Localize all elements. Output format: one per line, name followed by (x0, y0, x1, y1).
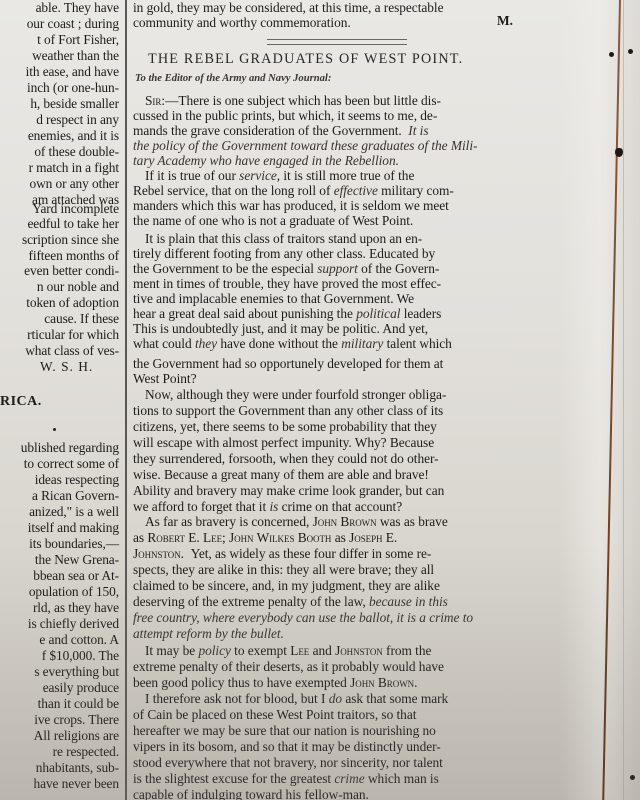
left-column: able. They have our coast ; during t of … (0, 0, 121, 800)
binding-edge (623, 0, 624, 800)
article-line: will escape with almost perfect impunity… (133, 435, 434, 450)
article-line: the Government to be the especial suppor… (133, 261, 439, 276)
article-line: hereafter we may be sure that our nation… (133, 723, 436, 738)
left-line: inch (or one-hun- (27, 80, 119, 95)
left-line: scription since she (22, 232, 119, 247)
left-line: the New Grena- (35, 552, 119, 567)
left-line: fifteen months of (28, 248, 119, 263)
left-line: is chiefly derived (28, 616, 119, 631)
left-line: re respected. (53, 744, 119, 759)
left-line: f $10,000. The (42, 648, 119, 663)
article-line: Ability and bravery may make crime look … (133, 483, 444, 498)
article-title: THE REBEL GRADUATES OF WEST POINT. (148, 51, 463, 68)
left-line: rticular for which (27, 327, 119, 342)
article-line: we afford to forget that it is crime on … (133, 499, 402, 514)
left-line: easily produce (43, 680, 119, 695)
article-line: capable of indulging toward his fellow-m… (133, 787, 369, 800)
left-line: token of adoption (26, 295, 119, 310)
left-line: ublished regarding (21, 440, 119, 455)
stitch-knot (615, 148, 623, 157)
section-heading: RICA. (0, 394, 42, 410)
page-gutter (560, 0, 640, 800)
article-line: ment in times of trouble, they have prov… (133, 276, 441, 291)
article-line: If it is true of our service, it is stil… (145, 168, 414, 183)
article-line: free country, where everybody can use th… (133, 610, 473, 625)
left-line: All religions are (34, 728, 119, 743)
left-line: weather than the (32, 48, 119, 63)
left-line: to correct some of (24, 456, 119, 471)
article-line: the name of one who is not a graduate of… (133, 213, 413, 228)
article-line: This is undoubtedly just, and it may be … (133, 321, 428, 336)
article-line: what could they have done without the mi… (133, 336, 452, 351)
article-line: citizens, yet, there seems to be some pr… (133, 419, 437, 434)
article-line: hear a great deal said about punishing t… (133, 306, 441, 321)
left-line: n our noble and (37, 279, 119, 294)
salutation: Sir (145, 93, 161, 108)
newspaper-page: able. They have our coast ; during t of … (0, 0, 640, 800)
article-line: It may be policy to exempt Lee and Johns… (145, 643, 431, 658)
article-line: manders which this war has produced, it … (133, 198, 449, 213)
article-line: spects, they are alike in this: they all… (133, 562, 434, 577)
ornament-dot (53, 428, 56, 431)
article-line: tirely different footing from any other … (133, 246, 435, 261)
left-line: even better condi- (24, 263, 119, 278)
left-line: what class of ves- (25, 343, 119, 358)
article-line: of Cain be placed on these West Point tr… (133, 707, 416, 722)
left-line: able. They have (36, 0, 119, 15)
article-line: tive and implacable enemies to that Gove… (133, 291, 414, 306)
article-line: attempt reform by the bullet. (133, 626, 284, 641)
letter-signature: W. S. H. (40, 359, 93, 375)
column-rule (125, 0, 127, 800)
section-divider (267, 39, 407, 45)
stitch-hole (609, 52, 614, 57)
stitch-hole (628, 49, 633, 54)
article-line: Sir:—There is one subject which has been… (145, 93, 441, 108)
left-line: h, beside smaller (30, 96, 119, 111)
article-line: cussed in the public prints, but which, … (133, 108, 437, 123)
left-line: a Rican Govern- (32, 488, 119, 503)
article-line: deserving of the extreme penalty of the … (133, 594, 448, 609)
left-line: have never been (34, 776, 120, 791)
article-line: tions to support the Government than any… (133, 403, 443, 418)
article-line: they surrendered, forsooth, when they co… (133, 451, 439, 466)
left-line: e and cotton. A (39, 632, 119, 647)
article-line: vipers in its bosom, and so that it may … (133, 739, 441, 754)
article-line: stood everywhere that not bravery, nor s… (133, 755, 443, 770)
article-line: claimed to be sincere, and, in my judgme… (133, 578, 440, 593)
article-dateline: To the Editor of the Army and Navy Journ… (135, 73, 331, 84)
article-line: been good policy thus to have exempted J… (133, 675, 417, 690)
article-line: Now, although they were under fourfold s… (145, 387, 446, 402)
article-line: I therefore ask not for blood, but I do … (145, 691, 448, 706)
article-line: Rebel service, that on the long roll of … (133, 183, 454, 198)
article-line: the Government had so opportunely develo… (133, 356, 443, 371)
left-line: t of Fort Fisher, (37, 32, 119, 47)
left-line: ive crops. There (34, 712, 119, 727)
prev-article-line: in gold, they may be considered, at this… (133, 0, 443, 15)
article-line: mands the grave consideration of the Gov… (133, 123, 429, 138)
left-line: cause. If these (44, 311, 119, 326)
stitch-hole (630, 775, 635, 780)
article-line: It is plain that this class of traitors … (145, 231, 422, 246)
left-line: nhabitants, sub- (36, 760, 119, 775)
left-line: eedful to take her (27, 216, 119, 231)
left-line: its boundaries,— (29, 536, 119, 551)
left-line: Yard incomplete (32, 201, 119, 216)
article-line: West Point? (133, 371, 196, 386)
left-line: itself and making (28, 520, 119, 535)
left-line: than it could be (38, 696, 119, 711)
left-line: bbean sea or At- (33, 568, 119, 583)
article-line: As far as bravery is concerned, John Bro… (145, 514, 448, 529)
left-line: ith ease, and have (26, 64, 119, 79)
left-line: rld, as they have (33, 600, 119, 615)
left-line: d respect in any (36, 112, 119, 127)
article-line: Johnston. Yet, as widely as these four d… (133, 546, 431, 561)
article-line: as Robert E. Lee; John Wilkes Booth as J… (133, 530, 397, 545)
article-line: is the slightest excuse for the greatest… (133, 771, 439, 786)
article-line: extreme penalty of their deserts, as it … (133, 659, 444, 674)
prev-article-line: community and worthy commemoration. (133, 15, 351, 30)
left-line: our coast ; during (27, 16, 119, 31)
left-line: r match in a fight (29, 160, 119, 175)
left-line: ideas respecting (35, 472, 119, 487)
article-line: the policy of the Government toward thes… (133, 138, 477, 153)
article-line: tary Academy who have engaged in the Reb… (133, 153, 399, 168)
left-line: anized," is a well (29, 504, 119, 519)
article-line: wise. Because a great many of them are a… (133, 467, 429, 482)
left-line: own or any other (29, 176, 119, 191)
prev-article-signature: M. (497, 13, 513, 29)
main-column: in gold, they may be considered, at this… (133, 0, 549, 800)
left-line: of these double- (34, 144, 119, 159)
left-line: s everything but (34, 664, 119, 679)
left-line: opulation of 150, (29, 584, 119, 599)
left-line: enemies, and it is (28, 128, 119, 143)
